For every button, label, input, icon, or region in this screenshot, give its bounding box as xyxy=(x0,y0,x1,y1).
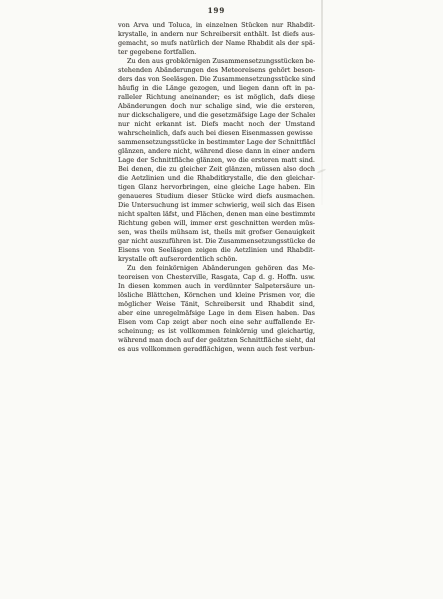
text-line: tigen Glanz hervorbringen, eine gleiche … xyxy=(118,183,315,192)
text-block: von Arva und Toluca, in einzelnen Stücke… xyxy=(118,21,315,354)
text-line: In diesen kommen auch in verdünnter Salp… xyxy=(118,282,315,291)
text-line: Eisen vom Cap zeigt aber noch eine sehr … xyxy=(118,318,315,327)
text-line: glänzen, andere nicht, während diese dan… xyxy=(118,147,315,156)
text-line: häufig in die Länge gezogen, und liegen … xyxy=(118,84,315,93)
text-line: wahrscheinlich, dafs auch bei diesen Eis… xyxy=(118,129,315,138)
scanned-book-page: 199 von Arva und Toluca, in einzelnen St… xyxy=(0,0,443,599)
text-line: während man doch auf der geätzten Schnit… xyxy=(118,336,315,345)
text-line: möglicher Weise Tänit, Schreibersit und … xyxy=(118,300,315,309)
text-line: Die Untersuchung ist immer schwierig, we… xyxy=(118,201,315,210)
text-line: sammensetzungsstücke in bestimmter Lage … xyxy=(118,138,315,147)
page-number: 199 xyxy=(118,6,315,15)
text-line: ter gegebene fortfallen. xyxy=(118,48,315,57)
text-line: ralleler Richtung aneinander; es ist mög… xyxy=(118,93,315,102)
text-line: ders das von Seeläsgen. Die Zusammensetz… xyxy=(118,75,315,84)
text-line: Lage der Schnittfläche glänzen, wo die e… xyxy=(118,156,315,165)
text-line: stehenden Abänderungen des Meteoreisens … xyxy=(118,66,315,75)
text-line: lösliche Blättchen, Körnchen und kleine … xyxy=(118,291,315,300)
text-line: aber eine unregelmäfsige Lage in dem Eis… xyxy=(118,309,315,318)
text-line: krystalle, in andern nur Schreibersit en… xyxy=(118,30,315,39)
text-line: nicht spalten läfst, und Flächen, denen … xyxy=(118,210,315,219)
scan-streak-artifact xyxy=(321,0,323,205)
text-line: es aus vollkommen geradflächigen, wenn a… xyxy=(118,345,315,354)
text-line: Eisens von Seeläsgen zeigen die Aetzlini… xyxy=(118,246,315,255)
text-line: nur nicht erkannt ist. Diefs macht noch … xyxy=(118,120,315,129)
text-line: Bei denen, die zu gleicher Zeit glänzen,… xyxy=(118,165,315,174)
text-line: genaueres Studium dieser Stücke wird die… xyxy=(118,192,315,201)
text-line: sen, was theils mühsam ist, theils mit g… xyxy=(118,228,315,237)
text-line: Abänderungen doch nur schalige sind, wie… xyxy=(118,102,315,111)
text-line: teoreisen von Chesterville, Rasgata, Cap… xyxy=(118,273,315,282)
text-line: gar nicht auszuführen ist. Die Zusammens… xyxy=(118,237,315,246)
text-line: Richtung geben will, immer erst geschnit… xyxy=(118,219,315,228)
text-line: Zu den feinkörnigen Abänderungen gehören… xyxy=(118,264,315,273)
text-line: Zu den aus grobkörnigen Zusammensetzungs… xyxy=(118,57,315,66)
text-line: die Aetzlinien und die Rhabditkrystalle,… xyxy=(118,174,315,183)
text-line: nur dickschaligere, und die gesetzmäfsig… xyxy=(118,111,315,120)
text-line: scheinung; es ist vollkommen feinkörnig … xyxy=(118,327,315,336)
text-line: krystalle oft aufserordentlich schön. xyxy=(118,255,315,264)
text-line: gemacht, so mufs natürlich der Name Rhab… xyxy=(118,39,315,48)
text-line: von Arva und Toluca, in einzelnen Stücke… xyxy=(118,21,315,30)
